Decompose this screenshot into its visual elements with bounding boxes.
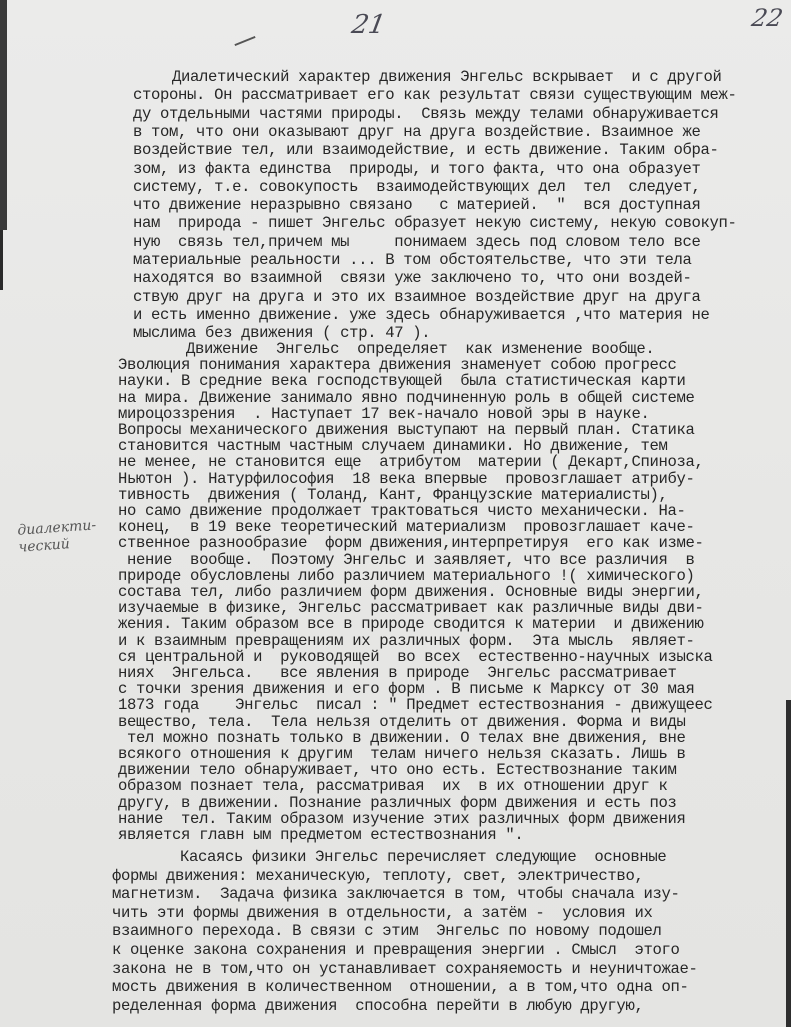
text-line: в том, что они оказывают друг на друга в…	[133, 123, 701, 141]
text-line: находятся во взаимной связи уже заключен…	[133, 269, 691, 287]
text-line: магнетизм. Задача физика заключается в т…	[112, 885, 680, 903]
text-line: является главн ым предметом естествознан…	[118, 826, 523, 844]
text-line: закона не в том,что он устанавливает сох…	[112, 960, 698, 978]
text-line: мость движения в количественном отношени…	[112, 978, 689, 996]
text-line: материальные реальности ... В том обстоя…	[133, 251, 691, 269]
page-number-underline	[234, 36, 255, 46]
text-line: взаимного перехода. В связи с этим Энгел…	[112, 922, 661, 940]
typewritten-text-final-paragraph: Касаясь физики Энгельс перечисляет следу…	[0, 0, 36, 198]
text-line: Касаясь физики Энгельс перечисляет следу…	[180, 848, 666, 866]
text-line: к оценке закона сохранения и превращения…	[112, 941, 680, 959]
text-line: воздействие тел, или взаимодействие, и е…	[133, 141, 719, 159]
text-line: систему, т.е. совокупость взаимодействую…	[133, 178, 701, 196]
text-line: формы движения: механическую, теплоту, с…	[112, 867, 643, 885]
text-line: Диалетический характер движения Энгельс …	[172, 68, 721, 86]
document-page: 21 22 диалекти- ческий Диалетический хар…	[0, 0, 791, 1027]
text-line: зом, из факта единства природы, и того ф…	[133, 160, 701, 178]
text-line: нам природа - пишет Энгельс образует нек…	[133, 214, 737, 232]
text-line: ду отдельными частями природы. Связь меж…	[133, 105, 719, 123]
text-line: ределенная форма движения способна перей…	[112, 997, 643, 1015]
text-line: ствую друг на друга и это их взаимное во…	[133, 288, 701, 306]
text-line: что движение неразрывно связано с матери…	[133, 196, 701, 214]
page-number-handwritten: 21	[349, 10, 387, 40]
text-line: стороны. Он рассматривает его как резуль…	[133, 86, 737, 104]
text-line: и есть именно движение. уже здесь обнару…	[133, 306, 710, 324]
page-number-handwritten-right: 22	[750, 4, 785, 32]
text-line: чить эти формы движения в отдельности, а…	[112, 904, 652, 922]
scan-edge-right	[786, 700, 791, 1027]
text-line: ную связь тел,причем мы понимаем здесь п…	[133, 233, 701, 251]
